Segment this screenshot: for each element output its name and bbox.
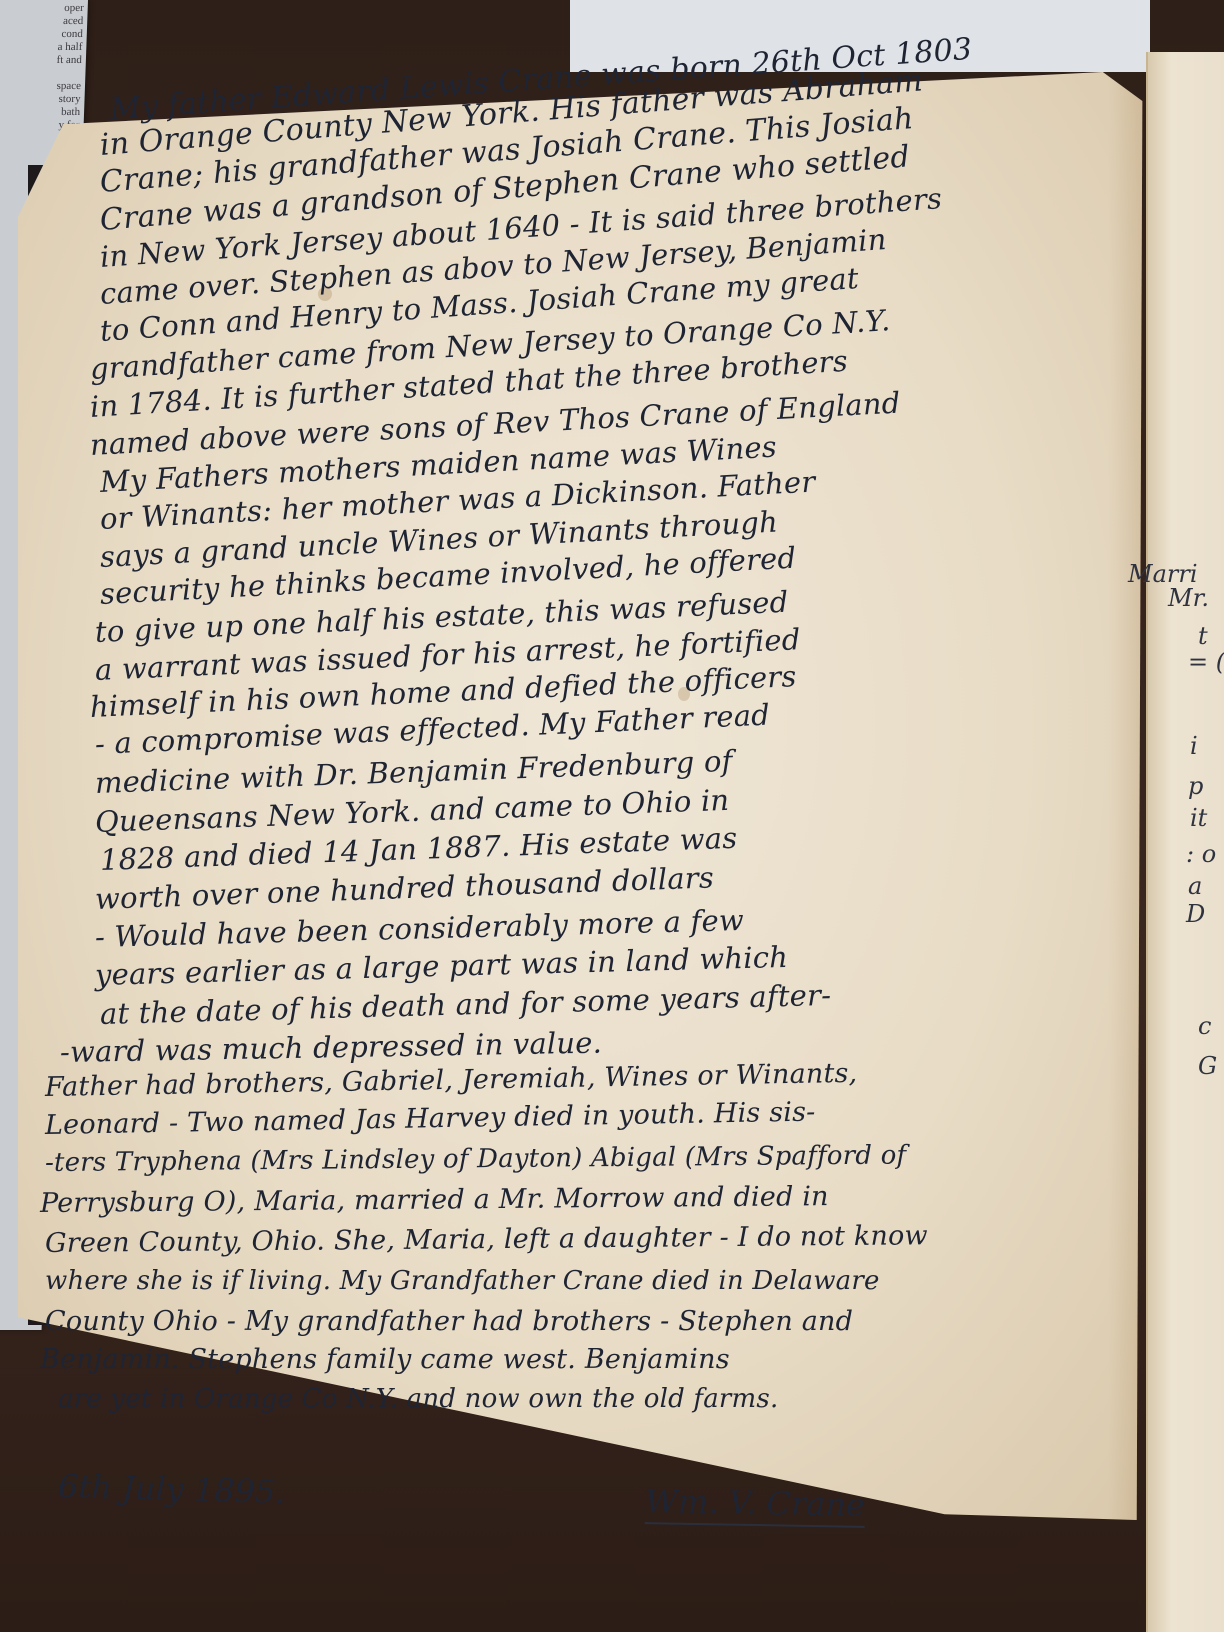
- facing-page: MarriMr.t= (ipit: oaDcG: [1146, 52, 1224, 1632]
- facing-page-fragment: t: [1198, 622, 1208, 650]
- manuscript-line: are yet in Orange Co N.Y. and now own th…: [58, 1384, 778, 1414]
- facing-page-fragment: p: [1188, 772, 1203, 800]
- newsprint-line: space: [1, 80, 81, 93]
- facing-page-fragment: a: [1188, 872, 1202, 900]
- newsprint-line: aced: [3, 15, 83, 28]
- newsprint-line: cond: [3, 28, 83, 41]
- facing-page-fragment: = (: [1188, 648, 1224, 676]
- newsprint-line: story: [0, 93, 80, 106]
- facing-page-fragment: : o: [1186, 840, 1216, 868]
- facing-page-fragment: G: [1198, 1052, 1217, 1080]
- manuscript-line: Benjamin. Stephens family came west. Ben…: [40, 1344, 730, 1375]
- page-edge-shading: [1108, 72, 1148, 1520]
- manuscript-date: 6th July 1895.: [58, 1467, 286, 1511]
- newsprint-line: a half: [2, 41, 82, 54]
- manuscript-line: where she is if living. My Grandfather C…: [45, 1266, 880, 1296]
- newsprint-line: bath: [0, 106, 80, 119]
- facing-page-fragment: c: [1198, 1012, 1211, 1040]
- facing-page-fragment: i: [1190, 732, 1198, 760]
- newsprint-line: [1, 67, 81, 80]
- newsprint-line: oper: [3, 2, 83, 15]
- facing-page-fragment: Mr.: [1168, 584, 1209, 612]
- manuscript-signature: Wm. V. Crane: [645, 1482, 866, 1528]
- newsprint-line: ft and: [2, 54, 82, 67]
- facing-page-fragment: D: [1186, 900, 1205, 928]
- manuscript-line: County Ohio - My grandfather had brother…: [45, 1306, 853, 1337]
- facing-page-text: MarriMr.t= (ipit: oaDcG: [1148, 52, 1224, 1632]
- photo-scene: operacedconda halfft andspacestorybathy …: [0, 0, 1224, 1632]
- facing-page-fragment: it: [1190, 804, 1207, 832]
